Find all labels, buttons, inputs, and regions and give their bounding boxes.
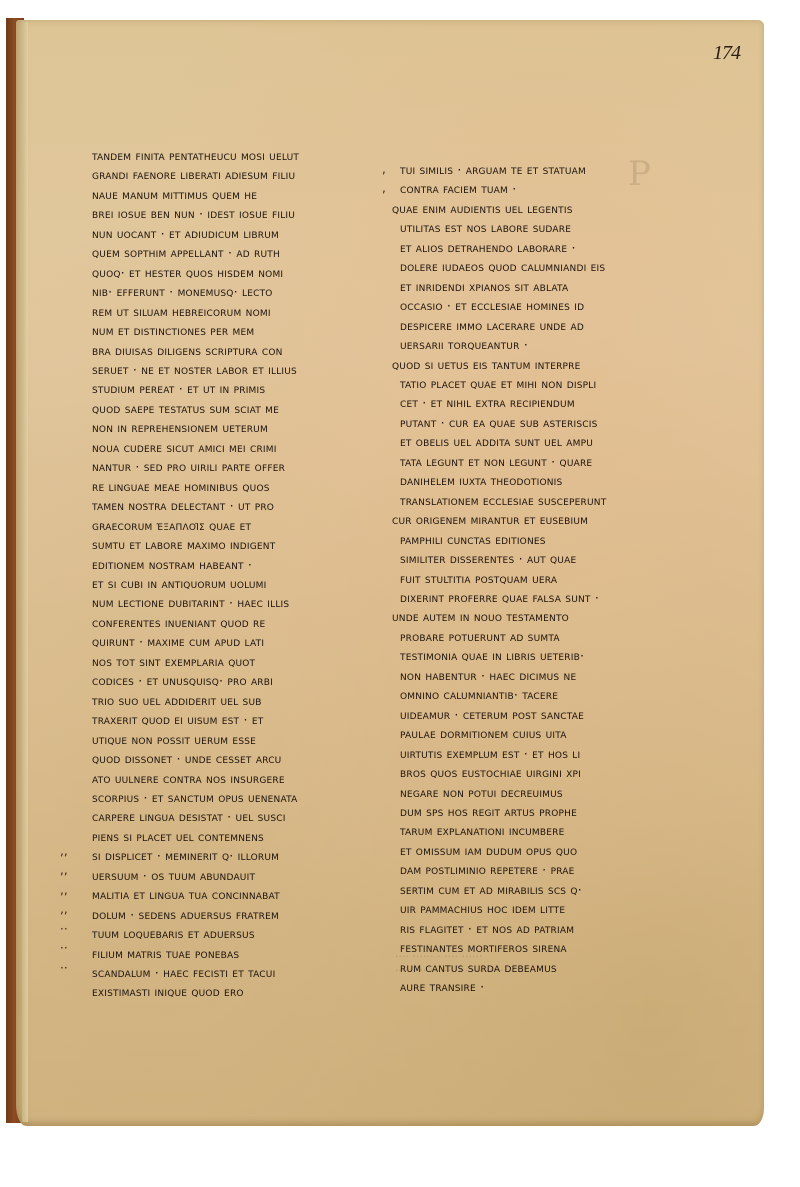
text-line: re linguae meae hominibus quos	[92, 477, 372, 496]
text-line: codices · et unusquisq· pro arbi	[92, 671, 372, 690]
show-through-line: ········· ·· ········ ·········	[395, 964, 635, 978]
text-line: dixerint proferre quae falsa sunt ·	[392, 588, 662, 607]
text-line: despicere immo lacerare unde ad	[392, 316, 662, 335]
show-through-text: ···· ······ · ···· ······ ········· ·· ·…	[395, 950, 635, 978]
text-line: et alios detrahendo laborare ·	[392, 238, 662, 257]
text-column-left: Tandem finita pentatheucu mosi uelut gra…	[92, 146, 372, 1002]
text-line: si displicet · meminerit q· illorum	[92, 846, 372, 865]
margin-mark: ,,	[60, 842, 68, 861]
text-line: sumtu et labore maximo indigent	[92, 535, 372, 554]
text-line: putant · cur ea quae sub asteriscis	[392, 413, 662, 432]
text-line: carpere lingua desistat · uel susci	[92, 807, 372, 826]
text-line: sertim cum et ad mirabilis scs q·	[392, 880, 662, 899]
margin-mark: ··	[60, 959, 68, 978]
text-line: nantur · sed pro uirili parte offer	[92, 457, 372, 476]
text-line: tarum explanationi incumbere	[392, 821, 662, 840]
text-line: negare non potui decreuimus	[392, 783, 662, 802]
text-line: scandalum · haec fecisti et tacui	[92, 963, 372, 982]
text-line: uersuum · os tuum abundauit	[92, 866, 372, 885]
text-line: dolere iudaeos quod calumniandi eis	[392, 257, 662, 276]
text-line: uideamur · Ceterum post sanctae	[392, 705, 662, 724]
text-line: et omissum iam dudum opus quo	[392, 841, 662, 860]
text-line: uersarii torqueantur ·	[392, 335, 662, 354]
text-line: nun uocant · et adiudicum librum	[92, 224, 372, 243]
text-line: studium pereat · et ut in primis	[92, 379, 372, 398]
text-line: quirunt · maxime cum apud lati	[92, 632, 372, 651]
text-line: aure transire ·	[392, 977, 662, 996]
page-gutter-edge	[22, 22, 28, 1122]
margin-mark: ,,	[60, 881, 68, 900]
text-line: quoq· et hester quos hisdem nomi	[92, 263, 372, 282]
text-line: similiter disserentes · aut quae	[392, 549, 662, 568]
text-line: malitia et lingua tua concinnabat	[92, 885, 372, 904]
text-line: noua cudere sicut amici mei crimi	[92, 438, 372, 457]
text-line: dolum · sedens aduersus fratrem	[92, 905, 372, 924]
margin-mark: ,	[382, 179, 386, 198]
text-line: grandi faenore liberati adiesum filiu	[92, 165, 372, 184]
margin-mark: ··	[60, 920, 68, 939]
text-line: occasio · et ecclesiae homines id	[392, 296, 662, 315]
margin-mark: ··	[60, 939, 68, 958]
text-line: dum sps hos regit artus prophe	[392, 802, 662, 821]
text-line: tata legunt et non legunt · quare	[392, 452, 662, 471]
text-line: quod dissonet · unde cesset arcu	[92, 749, 372, 768]
text-line: et si cubi in antiquorum uolumi	[92, 574, 372, 593]
text-line: bra diuisas diligens scriptura con	[92, 341, 372, 360]
text-line: quem sopthim appellant · ad ruth	[92, 243, 372, 262]
text-line: rem ut siluam hebreicorum nomi	[92, 302, 372, 321]
text-line: naue manum mittimus quem he	[92, 185, 372, 204]
text-line: num et distinctiones per mem	[92, 321, 372, 340]
text-line: tuum loquebaris et aduersus	[92, 924, 372, 943]
text-line: ato uulnere contra nos insurgere	[92, 769, 372, 788]
text-line: utique non possit uerum esse	[92, 730, 372, 749]
text-line: translationem ecclesiae susceperunt	[392, 491, 662, 510]
text-line: contra faciem tuam ·	[392, 179, 662, 198]
text-line: nos tot sint exemplaria quot	[92, 652, 372, 671]
text-line: Unde autem in nouo testamento	[392, 607, 662, 626]
text-line: tamen nostra delectant · ut pro	[92, 496, 372, 515]
text-line: scorpius · et sanctum opus uenenata	[92, 788, 372, 807]
text-line: et inridendi xpianos sit ablata	[392, 277, 662, 296]
left-margin-marks: ,, ,, ,, ,, ·· ·· ··	[60, 842, 68, 978]
text-line: traxerit quod ei uisum est · et	[92, 710, 372, 729]
text-line: pamphili cunctas editiones	[392, 530, 662, 549]
text-line: quod saepe testatus sum sciat me	[92, 399, 372, 418]
text-line: uir pammachius hoc idem litte	[392, 899, 662, 918]
text-line: uirtutis exemplum est · et hos li	[392, 744, 662, 763]
text-line: et obelis uel addita sunt uel ampu	[392, 432, 662, 451]
text-line: trio suo uel addiderit uel sub	[92, 691, 372, 710]
text-line: seruet · ne et noster labor et illius	[92, 360, 372, 379]
text-line: danihelem iuxta theodotionis	[392, 471, 662, 490]
text-line: Cur origenem mirantur et eusebium	[392, 510, 662, 529]
text-line: paulae dormitionem cuius uita	[392, 724, 662, 743]
text-line: filium matris tuae ponebas	[92, 944, 372, 963]
text-line: nib· efferunt · monemusq· lecto	[92, 282, 372, 301]
text-line: num lectione dubitarint · haec illis	[92, 593, 372, 612]
margin-mark: ,,	[60, 861, 68, 880]
text-line: existimasti inique quod ero	[92, 982, 372, 1001]
text-line: graecorum ἐξαπλοῖς quae et	[92, 516, 372, 535]
margin-mark: ,	[382, 160, 386, 179]
text-line: bros quos eustochiae uirgini xpi	[392, 763, 662, 782]
text-column-right: tui similis · arguam te et statuam contr…	[392, 160, 662, 996]
text-line: conferentes inueniant quod re	[92, 613, 372, 632]
text-line: brei iosue ben nun · idest iosue filiu	[92, 204, 372, 223]
text-line: omnino calumniantib· tacere	[392, 685, 662, 704]
text-line: piens si placet uel contemnens	[92, 827, 372, 846]
right-column-margin-marks: , ,	[382, 160, 386, 199]
show-through-line: ···· ······ · ···· ······	[395, 950, 635, 964]
text-line: Tandem finita pentatheucu mosi uelut	[92, 146, 372, 165]
text-line: Quae enim audientis uel legentis	[392, 199, 662, 218]
text-line: Quod si uetus eis tantum interpre	[392, 355, 662, 374]
text-line: fuit stultitia postquam uera	[392, 569, 662, 588]
text-line: dam postliminio repetere · prae	[392, 860, 662, 879]
text-line: testimonia quae in libris ueterib·	[392, 646, 662, 665]
text-line: non in reprehensionem ueterum	[92, 418, 372, 437]
text-line: ris flagitet · et nos ad patriam	[392, 919, 662, 938]
text-line: tui similis · arguam te et statuam	[392, 160, 662, 179]
text-line: cet · et nihil extra recipiendum	[392, 393, 662, 412]
text-line: utilitas est nos labore sudare	[392, 218, 662, 237]
folio-number: 174	[713, 42, 740, 65]
text-line: editionem nostram habeant ·	[92, 555, 372, 574]
text-line: probare potuerunt ad sumta	[392, 627, 662, 646]
text-line: non habentur · haec dicimus ne	[392, 666, 662, 685]
text-line: tatio placet quae et mihi non displi	[392, 374, 662, 393]
margin-mark: ,,	[60, 900, 68, 919]
